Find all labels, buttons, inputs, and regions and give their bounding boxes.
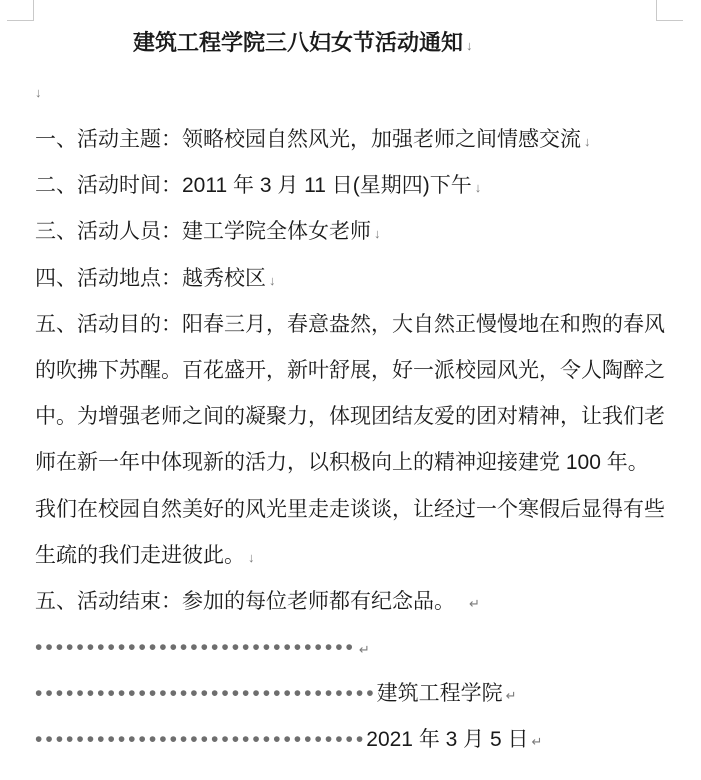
text-line: 中。为增强老师之间的凝聚力，体现团结友爱的团对精神，让我们老 — [35, 405, 675, 451]
crop-mark-top-right-horizontal — [656, 20, 683, 21]
text-line-content: 我们在校园自然美好的风光里走走谈谈，让经过一个寒假后显得有些 — [35, 498, 665, 521]
text-line: 三、活动人员：建工学院全体女老师↓ — [35, 220, 675, 266]
text-line-content: 师在新一年中体现新的活力，以积极向上的精神迎接建党 100 年。 — [35, 451, 649, 474]
line-break-mark: ↓ — [466, 38, 473, 53]
dot-leader: ••••••••••••••••••••••••••••••• — [35, 636, 356, 659]
paragraph-mark: ↵ — [506, 688, 517, 703]
text-line: 一、活动主题：领略校园自然风光，加强老师之间情感交流↓ — [35, 128, 675, 174]
text-line-content: 中。为增强老师之间的凝聚力，体现团结友爱的团对精神，让我们老 — [35, 405, 665, 428]
text-line-content: 生疏的我们走进彼此。 — [35, 544, 245, 567]
text-line-content: 三、活动人员：建工学院全体女老师 — [35, 220, 371, 243]
text-line: 的吹拂下苏醒。百花盛开，新叶舒展，好一派校园风光，令人陶醉之 — [35, 359, 675, 405]
text-line-content: 五、活动结束：参加的每位老师都有纪念品。 — [35, 590, 455, 613]
dot-leader: •••••••••••••••••••••••••••••••• — [35, 728, 366, 751]
document-title: 建筑工程学院三八妇女节活动通知↓ — [133, 31, 473, 58]
line-break-mark: ↓ — [248, 550, 255, 565]
document-title-text: 建筑工程学院三八妇女节活动通知 — [133, 30, 463, 55]
text-line: 五、活动目的：阳春三月，春意盎然，大自然正慢慢地在和煦的春风 — [35, 313, 675, 359]
line-break-mark: ↓ — [475, 180, 482, 195]
crop-mark-top-left-vertical — [33, 0, 34, 20]
signature-text: 建筑工程学院 — [377, 682, 503, 705]
line-break-mark: ↓ — [584, 134, 591, 149]
text-line: 生疏的我们走进彼此。↓ — [35, 544, 675, 590]
text-line-content: 四、活动地点：越秀校区 — [35, 267, 266, 290]
text-line-content: 一、活动主题：领略校园自然风光，加强老师之间情感交流 — [35, 128, 581, 151]
line-break-mark: ↓ — [35, 85, 42, 100]
dot-leader-line: ••••••••••••••••••••••••••••••••2021 年 3… — [35, 728, 675, 774]
text-line: 五、活动结束：参加的每位老师都有纪念品。↵ — [35, 590, 675, 636]
dot-leader-line: •••••••••••••••••••••••••••••••••建筑工程学院↵ — [35, 682, 675, 728]
paragraph-mark: ↵ — [359, 642, 370, 657]
text-line-content: 的吹拂下苏醒。百花盛开，新叶舒展，好一派校园风光，令人陶醉之 — [35, 359, 665, 382]
document-body: 一、活动主题：领略校园自然风光，加强老师之间情感交流↓ 二、活动时间：2011 … — [35, 128, 675, 775]
text-line: 师在新一年中体现新的活力，以积极向上的精神迎接建党 100 年。 — [35, 451, 675, 497]
dot-leader: ••••••••••••••••••••••••••••••••• — [35, 682, 377, 705]
crop-mark-top-right-vertical — [656, 0, 657, 20]
paragraph-mark: ↵ — [532, 734, 543, 749]
text-line: 四、活动地点：越秀校区↓ — [35, 267, 675, 313]
text-line: 二、活动时间：2011 年 3 月 11 日(星期四)下午↓ — [35, 174, 675, 220]
text-line-content: 五、活动目的：阳春三月，春意盎然，大自然正慢慢地在和煦的春风 — [35, 313, 665, 336]
text-line-content: 二、活动时间：2011 年 3 月 11 日(星期四)下午 — [35, 174, 472, 197]
text-line: 我们在校园自然美好的风光里走走谈谈，让经过一个寒假后显得有些 — [35, 498, 675, 544]
empty-paragraph: ↓ — [35, 85, 42, 101]
line-break-mark: ↓ — [269, 273, 276, 288]
crop-mark-top-left-horizontal — [7, 20, 34, 21]
line-break-mark: ↓ — [374, 226, 381, 241]
date-text: 2021 年 3 月 5 日 — [366, 728, 528, 751]
document-page: { "colors": { "background": "#ffffff", "… — [0, 0, 701, 780]
dot-leader-line: •••••••••••••••••••••••••••••••↵ — [35, 636, 675, 682]
paragraph-mark: ↵ — [469, 596, 480, 611]
